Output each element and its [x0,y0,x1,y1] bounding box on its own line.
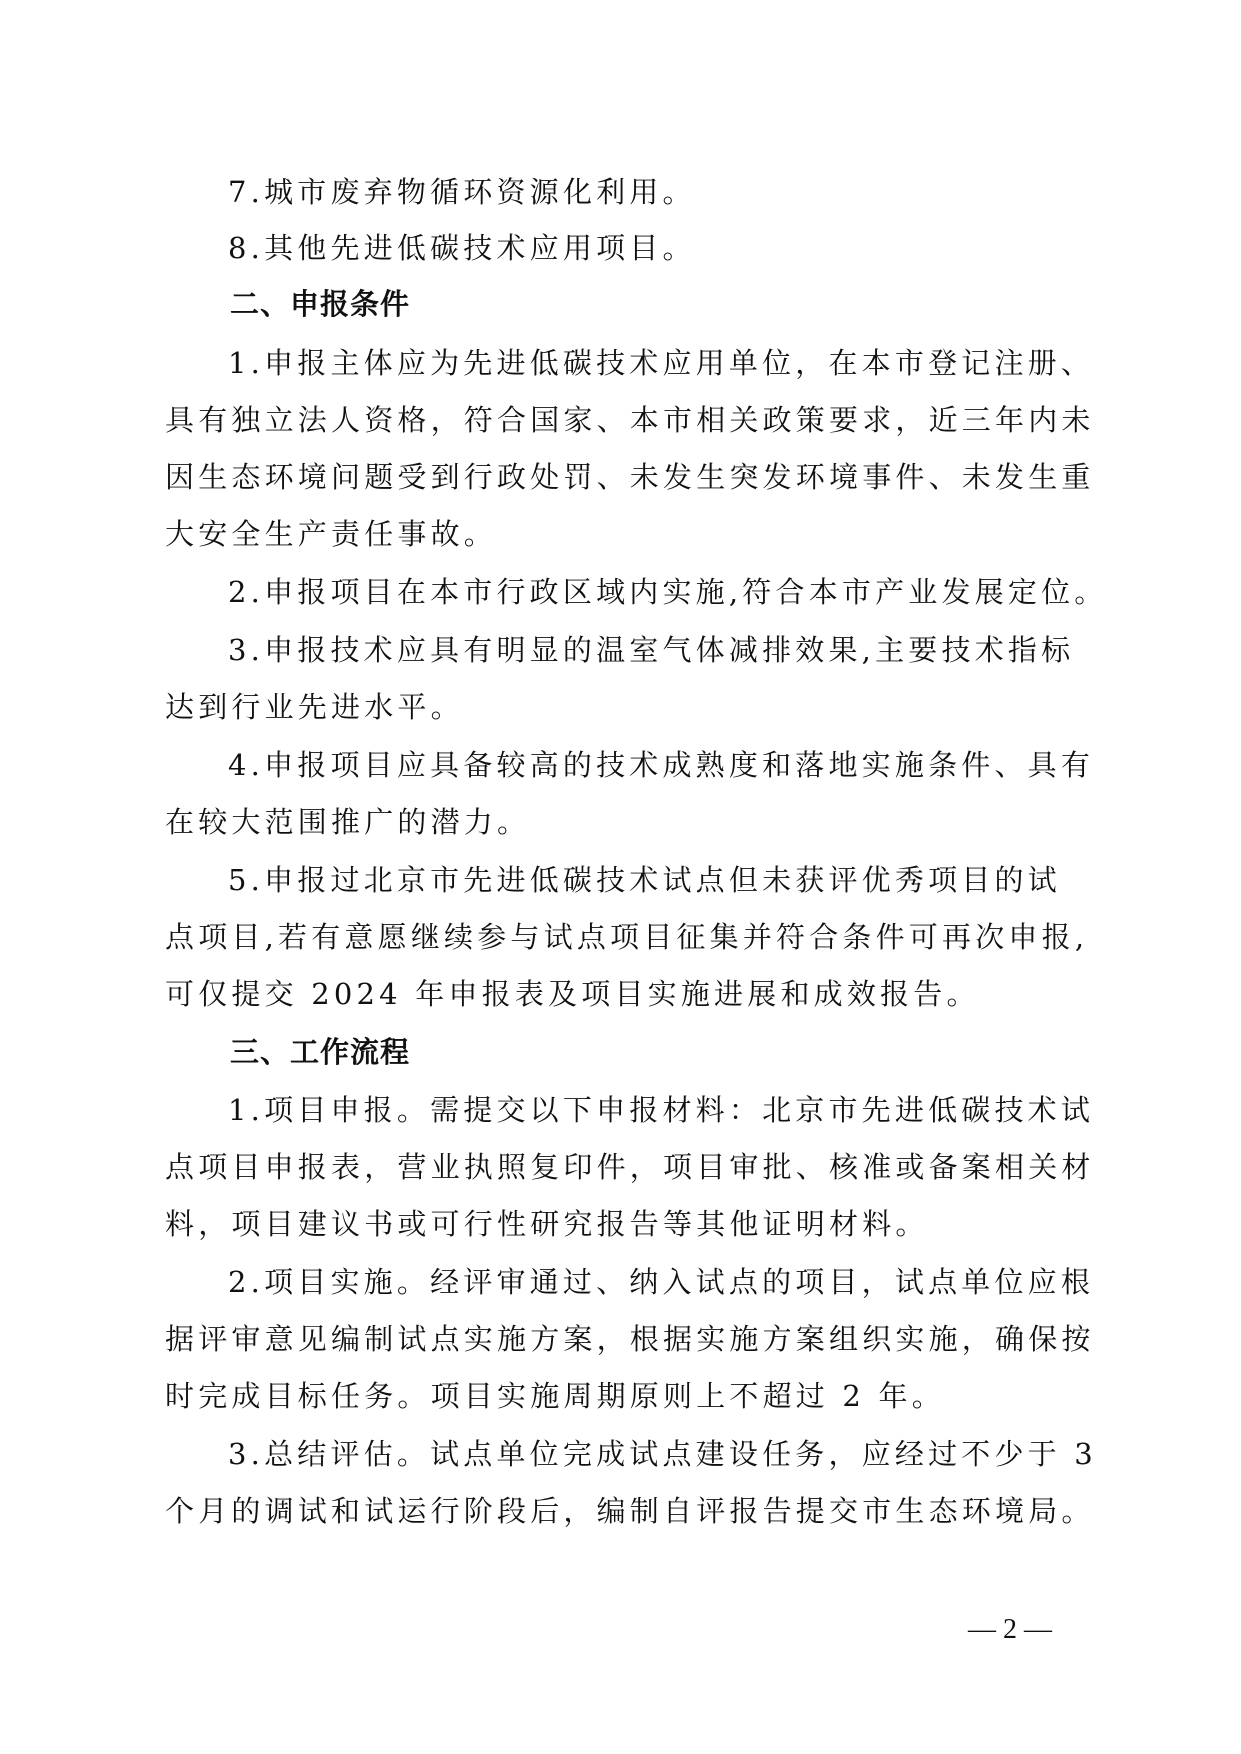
condition-3-line-2: 达到行业先进水平。 [165,687,1085,727]
workflow-1-line-1: 1.项目申报。需提交以下申报材料：北京市先进低碳技术试 [228,1090,1148,1130]
condition-1-line-2: 具有独立法人资格，符合国家、本市相关政策要求，近三年内未 [165,400,1085,440]
page-number: — 2 — [960,1610,1060,1650]
section-heading-application-conditions: 二、申报条件 [230,284,1150,324]
condition-1-line-4: 大安全生产责任事故。 [165,514,1085,554]
workflow-2-line-3: 时完成目标任务。项目实施周期原则上不超过 2 年。 [165,1376,1085,1416]
workflow-2-line-1: 2.项目实施。经评审通过、纳入试点的项目，试点单位应根 [228,1262,1148,1302]
condition-2-line-1: 2.申报项目在本市行政区域内实施,符合本市产业发展定位。 [228,572,1148,612]
condition-5-line-3: 可仅提交 2024 年申报表及项目实施进展和成效报告。 [165,974,1085,1014]
condition-4-line-2: 在较大范围推广的潜力。 [165,802,1085,842]
condition-1-line-3: 因生态环境问题受到行政处罚、未发生突发环境事件、未发生重 [165,457,1085,497]
document-page: 7.城市废弃物循环资源化利用。 8.其他先进低碳技术应用项目。 二、申报条件 1… [0,0,1241,1754]
condition-1-line-1: 1.申报主体应为先进低碳技术应用单位，在本市登记注册、 [228,343,1148,383]
section-heading-workflow: 三、工作流程 [230,1032,1150,1072]
workflow-3-line-1: 3.总结评估。试点单位完成试点建设任务，应经过不少于 3 [228,1434,1148,1474]
condition-3-line-1: 3.申报技术应具有明显的温室气体减排效果,主要技术指标 [228,630,1148,670]
condition-5-line-1: 5.申报过北京市先进低碳技术试点但未获评优秀项目的试 [228,860,1148,900]
workflow-3-line-2: 个月的调试和试运行阶段后，编制自评报告提交市生态环境局。 [165,1491,1085,1531]
workflow-2-line-2: 据评审意见编制试点实施方案，根据实施方案组织实施，确保按 [165,1319,1085,1359]
workflow-1-line-3: 料，项目建议书或可行性研究报告等其他证明材料。 [165,1204,1085,1244]
list-item-8: 8.其他先进低碳技术应用项目。 [228,228,1148,268]
condition-5-line-2: 点项目,若有意愿继续参与试点项目征集并符合条件可再次申报, [165,917,1085,957]
condition-4-line-1: 4.申报项目应具备较高的技术成熟度和落地实施条件、具有 [228,745,1148,785]
list-item-7: 7.城市废弃物循环资源化利用。 [228,172,1148,212]
workflow-1-line-2: 点项目申报表，营业执照复印件，项目审批、核准或备案相关材 [165,1147,1085,1187]
